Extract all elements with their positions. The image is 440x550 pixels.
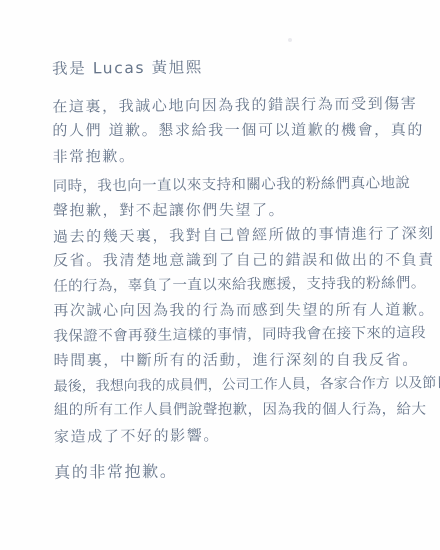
letter-line: 組的所有工作人員們說聲抱歉，因為我的個人行為，給大 [54,398,430,424]
letter-line: 反省。我清楚地意識到了自己的錯誤和做出的不負責 [53,248,429,274]
letter-line-signature-intro: 我是 Lucas 黃旭熙 [52,53,428,82]
letter-line: 同時，我也向一直以來支持和關心我的粉絲們真心地說 [53,171,429,200]
letter-line-closing: 真的非常抱歉。 [54,456,430,485]
handwritten-apology-letter: 我是 Lucas 黃旭熙 在這裏，我誠心地向因為我的錯誤行為而受到傷害 的人們 … [52,54,430,484]
letter-paragraph-promise-halt-activities: 我保證不會再發生這樣的事情，同時我會在接下來的這段 時間裏，中斷所有的活動，進行… [53,322,429,374]
letter-line: 我保證不會再發生這樣的事情，同時我會在接下來的這段 [53,321,429,350]
letter-line: 最後，我想向我的成員們，公司工作人員，各家合作方 以及節目 [54,371,430,400]
letter-paragraph-apology-to-members-staff: 最後，我想向我的成員們，公司工作人員，各家合作方 以及節目 組的所有工作人員們說… [54,372,430,449]
letter-line: 的人們 道歉。懇求給我一個可以道歉的機會，真的 [52,118,428,144]
letter-paper: 我是 Lucas 黃旭熙 在這裏，我誠心地向因為我的錯誤行為而受到傷害 的人們 … [0,0,440,550]
letter-line: 聲抱歉，對不起讓你們失望了。 [53,198,429,224]
paper-speck [288,38,292,42]
letter-line: 再次誠心向因為我的行為而感到失望的所有人道歉。 [53,298,429,324]
letter-line: 時間裏，中斷所有的活動，進行深刻的自我反省。 [54,348,430,374]
letter-line: 在這裏，我誠心地向因為我的錯誤行為而受到傷害 [52,91,428,120]
letter-line: 過去的幾天裏，我對自己曾經所做的事情進行了深刻 [53,221,429,250]
letter-paragraph-apology-to-hurt-people: 在這裏，我誠心地向因為我的錯誤行為而受到傷害 的人們 道歉。懇求給我一個可以道歉… [52,92,428,169]
letter-line: 任的行為，辜負了一直以來給我應援，支持我的粉絲們。 [53,271,429,300]
letter-line: 家造成了不好的影響。 [54,421,430,450]
letter-paragraph-self-reflection: 過去的幾天裏，我對自己曾經所做的事情進行了深刻 反省。我清楚地意識到了自己的錯誤… [53,222,430,324]
letter-paragraph-apology-to-fans: 同時，我也向一直以來支持和關心我的粉絲們真心地說 聲抱歉，對不起讓你們失望了。 [53,172,429,224]
letter-opening: 我是 Lucas 黃旭熙 [52,54,428,81]
letter-line: 非常抱歉。 [52,141,428,170]
letter-closing: 真的非常抱歉。 [54,457,430,484]
